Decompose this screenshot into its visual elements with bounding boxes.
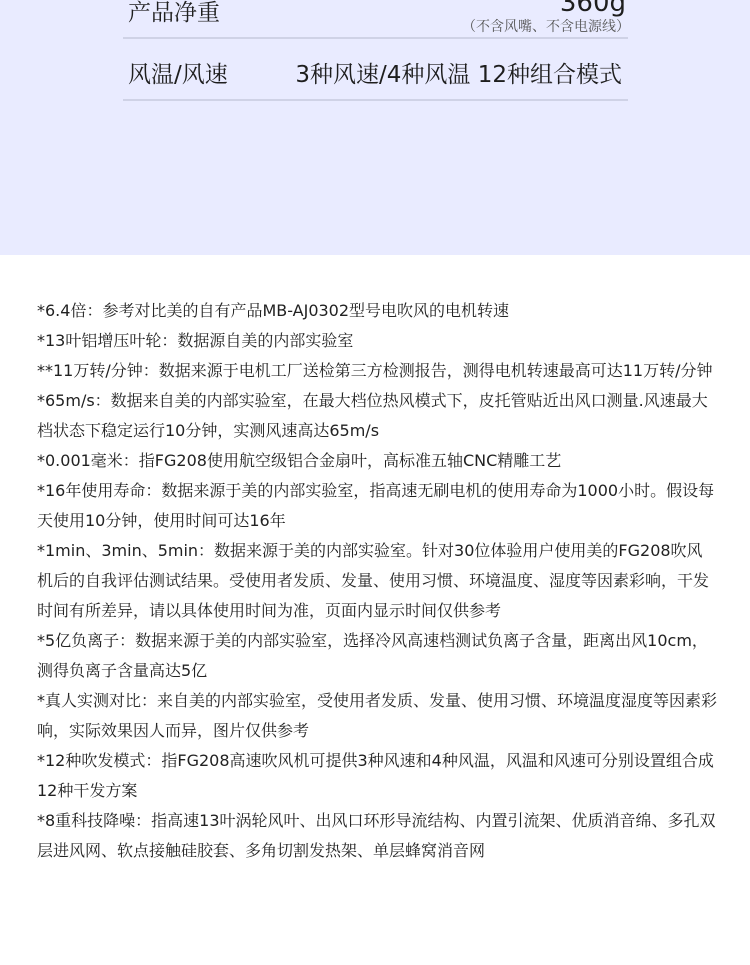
footnote-noise-reduction: *8重科技降噪：指高速13叶涡轮风叶、出风口环形导流结构、内置引流架、优质消音绵… bbox=[37, 806, 717, 866]
spec-value-temp-speed: 3种风速/4种风温 12种组合模式 bbox=[295, 56, 622, 89]
footnote-lifespan: *16年使用寿命：数据来源于美的内部实验室，指高速无刷电机的使用寿命为1000小… bbox=[37, 476, 717, 536]
spec-panel: 产品净重 360g （不含风嘴、不含电源线） 风温/风速 3种风速/4种风温 1… bbox=[0, 0, 750, 255]
footnote-real-test: *真人实测对比：来自美的内部实验室，受使用者发质、发量、使用习惯、环境温度湿度等… bbox=[37, 686, 717, 746]
footnote-wind-speed: *65m/s：数据来自美的内部实验室，在最大档位热风模式下，皮托管贴近出风口测量… bbox=[37, 386, 717, 446]
spec-note-weight: （不含风嘴、不含电源线） bbox=[462, 16, 630, 36]
footnote-impeller: *13叶铝增压叶轮：数据源自美的内部实验室 bbox=[37, 326, 717, 356]
footnote-speed-multiplier: *6.4倍：参考对比美的自有产品MB-AJ0302型号电吹风的电机转速 bbox=[37, 296, 717, 326]
footnote-precision: *0.001毫米：指FG208使用航空级铝合金扇叶，高标准五轴CNC精雕工艺 bbox=[37, 446, 717, 476]
footnote-drying-time: *1min、3min、5min：数据来源于美的内部实验室。针对30位体验用户使用… bbox=[37, 536, 717, 626]
spec-divider bbox=[123, 37, 628, 39]
footnotes: *6.4倍：参考对比美的自有产品MB-AJ0302型号电吹风的电机转速 *13叶… bbox=[37, 296, 717, 866]
footnote-negative-ions: *5亿负离子：数据来源于美的内部实验室，选择冷风高速档测试负离子含量，距离出风1… bbox=[37, 626, 717, 686]
spec-divider bbox=[123, 99, 628, 101]
footnote-modes: *12种吹发模式：指FG208高速吹风机可提供3种风速和4种风温，风温和风速可分… bbox=[37, 746, 717, 806]
spec-label-weight: 产品净重 bbox=[128, 0, 220, 27]
footnote-rpm: **11万转/分钟：数据来源于电机工厂送检第三方检测报告，测得电机转速最高可达1… bbox=[37, 356, 717, 386]
spec-label-temp-speed: 风温/风速 bbox=[128, 56, 228, 89]
